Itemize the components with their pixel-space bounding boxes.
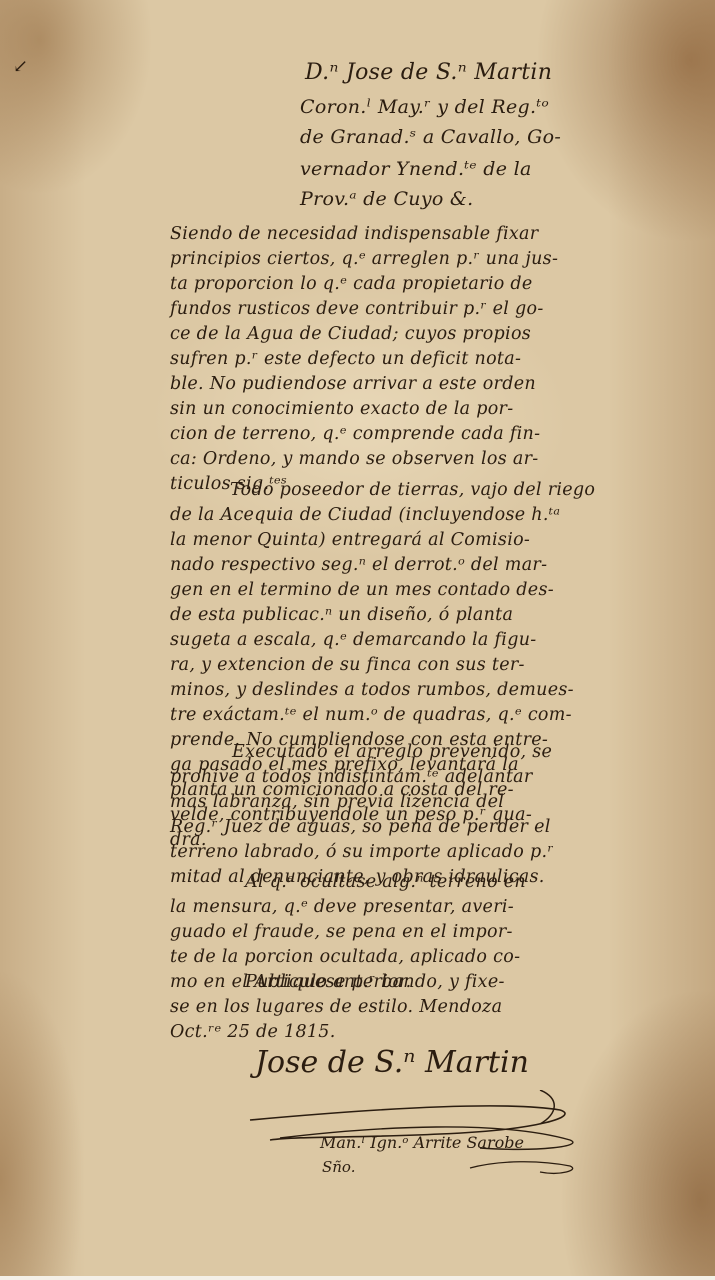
text-line: Reg.ʳ Juez de aguas, so pena de perder e… — [170, 817, 551, 837]
text-line: sufren p.ʳ este defecto un deficit nota- — [170, 349, 521, 369]
signature-role: Sño. — [322, 1158, 355, 1176]
heading-line: Coron.ˡ May.ʳ y del Reg.ᵗᵒ — [300, 96, 549, 118]
signature-secretary: Man.ˡ Ign.ᵒ Arrite Sarobe — [320, 1133, 524, 1152]
text-line: terreno labrado, ó su importe aplicado p… — [170, 842, 554, 862]
text-line: fundos rusticos deve contribuir p.ʳ el g… — [170, 299, 544, 319]
text-line: sugeta a escala, q.ᵉ demarcando la figu- — [170, 630, 536, 650]
heading-line: de Granad.ˢ a Cavallo, Go- — [300, 126, 561, 148]
text-line: minos, y deslindes a todos rumbos, demue… — [170, 680, 574, 700]
text-line: la mensura, q.ᵉ deve presentar, averi- — [170, 897, 514, 917]
text-line: gen en el termino de un mes contado des- — [170, 580, 554, 600]
bottom-edge — [0, 1276, 715, 1280]
text-line: Oct.ʳᵉ 25 de 1815. — [170, 1022, 336, 1042]
text-line: Executado el arreglo prevenido, se — [232, 742, 552, 762]
text-line: se en los lugares de estilo. Mendoza — [170, 997, 502, 1017]
text-line: de esta publicac.ⁿ un diseño, ó planta — [170, 605, 513, 625]
text-line: prohive a todos indistintam.ᵗᵉ adelantar — [170, 767, 533, 787]
text-line: Publiquese p.ʳ bando, y fixe- — [245, 972, 505, 992]
text-line: ble. No pudiendose arrivar a este orden — [170, 374, 536, 394]
text-line: ra, y extencion de su finca con sus ter- — [170, 655, 525, 675]
text-line: de la Acequia de Ciudad (incluyendose h.… — [170, 505, 560, 525]
text-line: nado respectivo seg.ⁿ el derrot.ᵒ del ma… — [170, 555, 547, 575]
heading-line: vernador Ynend.ᵗᵉ de la — [300, 158, 532, 180]
text-line: cion de terreno, q.ᵉ comprende cada fin- — [170, 424, 540, 444]
signature-san-martin: Jose de S.ⁿ Martin — [255, 1045, 529, 1080]
text-line: ta proporcion lo q.ᵉ cada propietario de — [170, 274, 533, 294]
margin-arrow-icon: ↙ — [13, 56, 28, 77]
heading-line: D.ⁿ Jose de S.ⁿ Martin — [305, 60, 552, 85]
text-line: Al q.ᵉ ocultase alg.ⁿ terreno en — [245, 872, 526, 892]
text-line: guado el fraude, se pena en el impor- — [170, 922, 513, 942]
text-line: te de la porcion ocultada, aplicado co- — [170, 947, 520, 967]
text-line: ca: Ordeno, y mando se observen los ar- — [170, 449, 538, 469]
text-line: sin un conocimiento exacto de la por- — [170, 399, 513, 419]
heading-line: Prov.ᵃ de Cuyo &. — [300, 188, 473, 210]
text-line: la menor Quinta) entregará al Comisio- — [170, 530, 530, 550]
text-line: tre exáctam.ᵗᵉ el num.ᵒ de quadras, q.ᵉ … — [170, 705, 572, 725]
text-line: Siendo de necesidad indispensable fixar — [170, 224, 538, 244]
text-line: mas labranza, sin previa lizencia del — [170, 792, 504, 812]
text-line: Todo poseedor de tierras, vajo del riego — [230, 480, 595, 500]
text-line: principios ciertos, q.ᵉ arreglen p.ʳ una… — [170, 249, 558, 269]
text-line: ce de la Agua de Ciudad; cuyos propios — [170, 324, 531, 344]
